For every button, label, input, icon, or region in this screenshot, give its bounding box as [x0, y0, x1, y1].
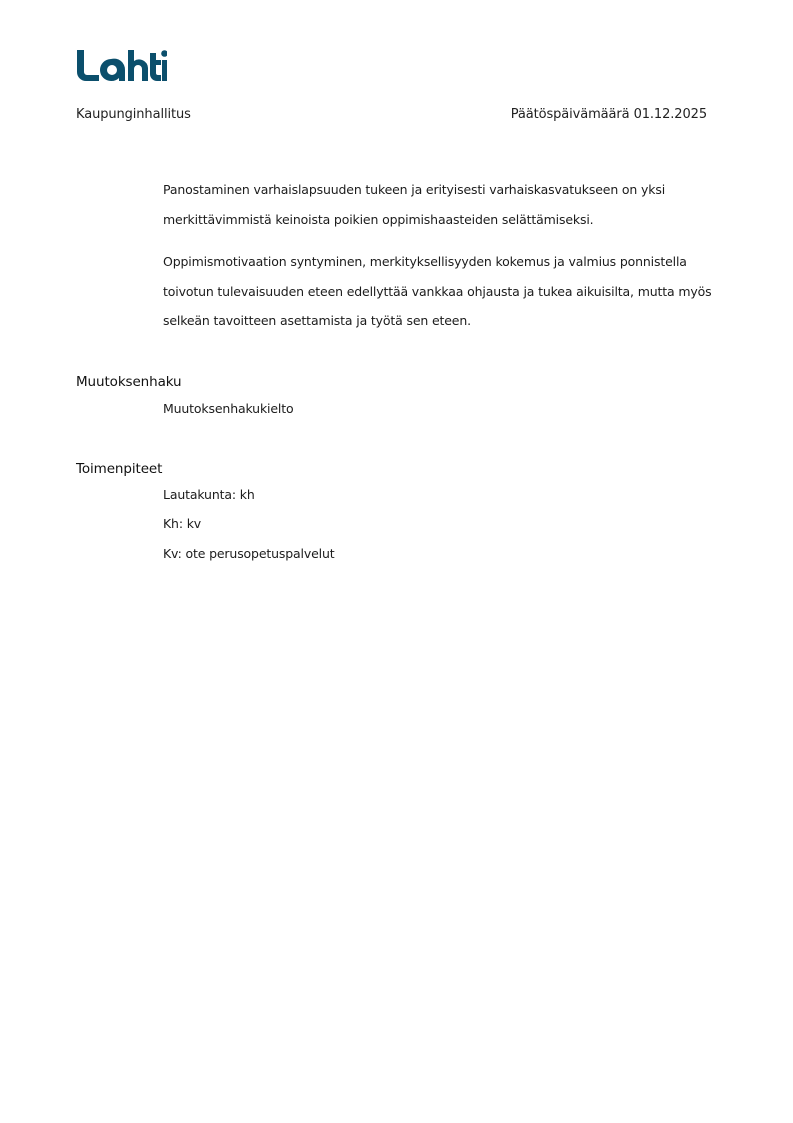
organization-name: Kaupunginhallitus	[76, 107, 191, 122]
lahti-logo	[75, 45, 167, 83]
section-title-toimenpiteet: Toimenpiteet	[76, 461, 162, 477]
decision-date-value: 01.12.2025	[634, 107, 707, 122]
toimenpide-item: Lautakunta: kh	[163, 487, 255, 502]
section-title-muutoksenhaku: Muutoksenhaku	[76, 374, 182, 390]
toimenpide-item: Kh: kv	[163, 516, 201, 531]
toimenpide-item: Kv: ote perusopetuspalvelut	[163, 546, 335, 561]
body-paragraph: Panostaminen varhaislapsuuden tukeen ja …	[163, 175, 713, 234]
body-paragraph: Oppimismotivaation syntyminen, merkityks…	[163, 247, 713, 336]
decision-date: Päätöspäivämäärä 01.12.2025	[511, 107, 707, 122]
decision-date-label: Päätöspäivämäärä	[511, 107, 630, 122]
lahti-logo-icon	[75, 47, 167, 83]
muutoksenhaku-content: Muutoksenhakukielto	[163, 401, 293, 416]
